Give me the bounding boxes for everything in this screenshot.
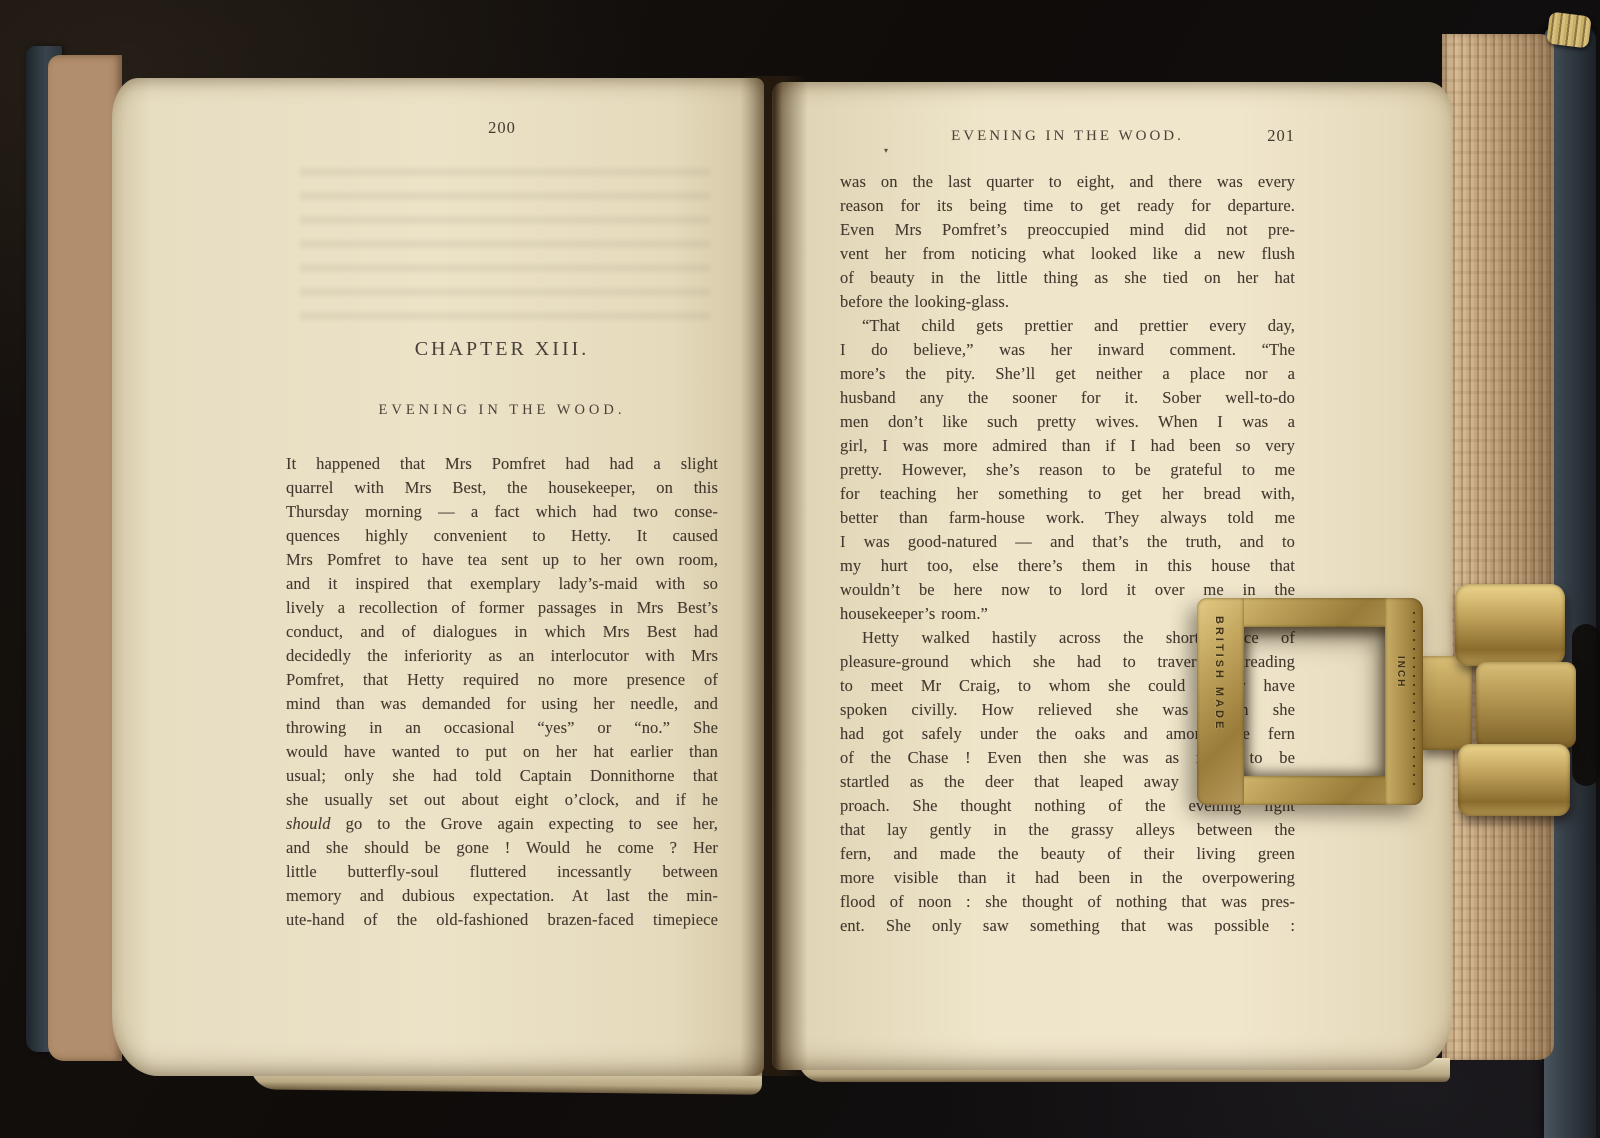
text-line: fern, and made the beauty of their livin…: [840, 842, 1295, 866]
text-line: better than farm-house work. They always…: [840, 506, 1295, 530]
left-fore-edge-pages: [48, 55, 122, 1061]
printer-ornament: ▾: [884, 146, 888, 155]
right-fore-edge-pages: [1442, 34, 1554, 1060]
show-through-ghost-text: [300, 168, 710, 336]
text-line: It happened that Mrs Pomfret had had a s…: [286, 452, 718, 476]
text-line: vent her from noticing what looked like …: [840, 242, 1295, 266]
text-line: ent. She only saw something that was pos…: [840, 914, 1295, 938]
text-line: usual; only she had told Captain Donnith…: [286, 764, 718, 788]
right-page-number: 201: [1267, 124, 1295, 148]
chapter-subtitle: EVENING IN THE WOOD.: [286, 402, 718, 419]
right-text-block: was on the last quarter to eight, and th…: [840, 170, 1295, 938]
text-line: more visible than it had been in the ove…: [840, 866, 1295, 890]
text-line: “That child gets prettier and prettier e…: [840, 314, 1295, 338]
text-line: quences highly convenient to Hetty. It c…: [286, 524, 718, 548]
running-head: EVENING IN THE WOOD.: [840, 124, 1295, 148]
text-line: would have wanted to put on her hat earl…: [286, 740, 718, 764]
text-line: husband any the sooner for it. Sober wel…: [840, 386, 1295, 410]
text-line: conduct, and of dialogues in which Mrs B…: [286, 620, 718, 644]
text-line: decidedly the inferiority as an interloc…: [286, 644, 718, 668]
clasp-hinge-knuckle: [1476, 662, 1576, 748]
gutter-shadow: [740, 76, 808, 1076]
text-line: flood of noon : she thought of nothing t…: [840, 890, 1295, 914]
clasp-hinge-barrel-bottom: [1458, 744, 1570, 816]
text-line: I was good-natured — and that’s the trut…: [840, 530, 1295, 554]
text-line: and it inspired that exemplary lady’s-ma…: [286, 572, 718, 596]
british-made-stamp: BRITISH MADE: [1213, 616, 1225, 791]
text-line: men don’t like such pretty wives. When I…: [840, 410, 1295, 434]
text-line: little butterfly-soul fluttered incessan…: [286, 860, 718, 884]
text-line: Mrs Pomfret to have tea sent up to her o…: [286, 548, 718, 572]
text-line: girl, I was more admired than if I had b…: [840, 434, 1295, 458]
text-line: throwing in an occasional “yes” or “no.”…: [286, 716, 718, 740]
text-line: should go to the Grove again expecting t…: [286, 812, 718, 836]
text-line: Pomfret, that Hetty required no more pre…: [286, 668, 718, 692]
frame-window-shadow: [1244, 627, 1385, 776]
inch-scale-stamp: INCH: [1395, 656, 1406, 756]
text-line: I do believe,” was her inward comment. “…: [840, 338, 1295, 362]
text-line: more’s the pity. She’ll get neither a pl…: [840, 362, 1295, 386]
text-line: she usually set out about eight o’clock,…: [286, 788, 718, 812]
text-line: my hurt too, else there’s them in this h…: [840, 554, 1295, 578]
text-line: reason for its being time to get ready f…: [840, 194, 1295, 218]
clasp-cover-slot: [1572, 624, 1600, 786]
text-line: pretty. However, she’s reason to be grat…: [840, 458, 1295, 482]
headband-threads: [1546, 12, 1592, 49]
text-line: that lay gently in the grassy alleys bet…: [840, 818, 1295, 842]
text-line: ute-hand of the old-fashioned brazen-fac…: [286, 908, 718, 932]
text-line: Even Mrs Pomfret’s preoccupied mind did …: [840, 218, 1295, 242]
text-line: mind than was demanded for using her nee…: [286, 692, 718, 716]
text-line: Thursday morning — a fact which had two …: [286, 500, 718, 524]
text-line: memory and dubious expectation. At last …: [286, 884, 718, 908]
text-line: for teaching her something to get her br…: [840, 482, 1295, 506]
clasp-hinge-tab: [1420, 656, 1472, 750]
book-photo: 200 CHAPTER XIII. EVENING IN THE WOOD. I…: [0, 0, 1600, 1138]
text-line: of beauty in the little thing as she tie…: [840, 266, 1295, 290]
left-page-number: 200: [286, 118, 718, 138]
text-line: quarrel with Mrs Best, the housekeeper, …: [286, 476, 718, 500]
clasp-hinge-barrel-top: [1455, 584, 1565, 666]
text-line: was on the last quarter to eight, and th…: [840, 170, 1295, 194]
text-line: before the looking-glass.: [840, 290, 1295, 314]
inch-tick-marks: [1413, 612, 1415, 792]
left-text-block: It happened that Mrs Pomfret had had a s…: [286, 452, 718, 932]
text-line: lively a recollection of former passages…: [286, 596, 718, 620]
chapter-heading: CHAPTER XIII.: [286, 338, 718, 361]
text-line: and she should be gone ! Would he come ?…: [286, 836, 718, 860]
right-page-header: EVENING IN THE WOOD. 201: [840, 124, 1295, 148]
brass-inch-frame: BRITISH MADE INCH: [1197, 598, 1423, 805]
